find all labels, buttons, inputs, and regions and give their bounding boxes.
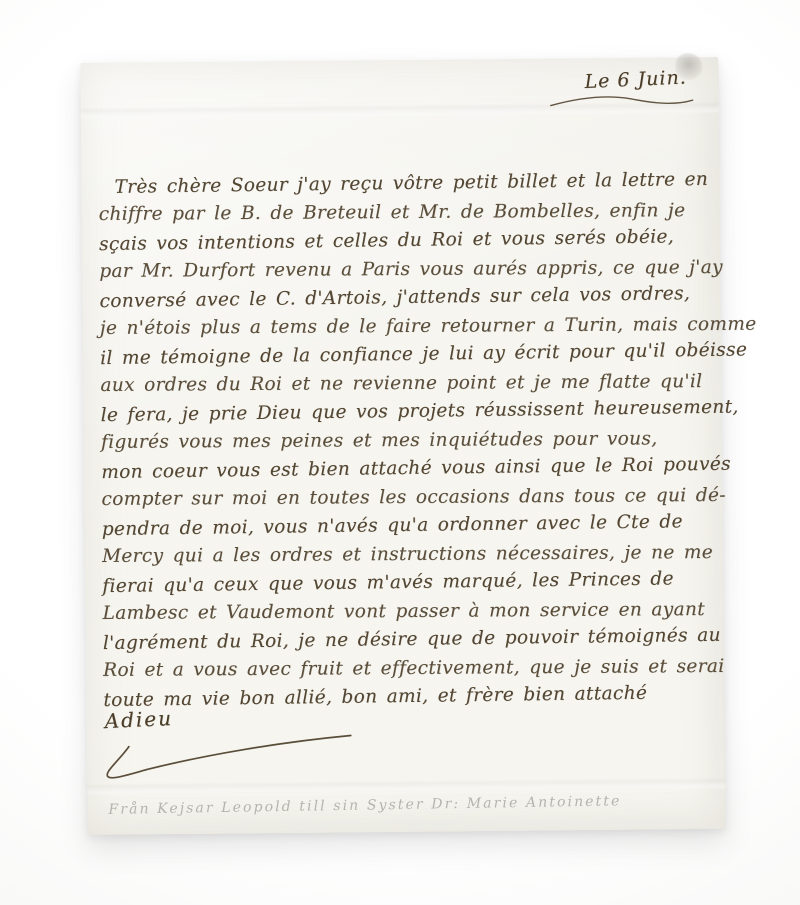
letter-sheet: Le 6 Juin. Très chère Soeur j'ay reçu vô… <box>80 57 725 835</box>
signature-flourish <box>95 728 360 783</box>
signature: Adieu <box>104 706 173 733</box>
date-heading: Le 6 Juin. <box>584 66 687 93</box>
archivist-pencil-note: Från Kejsar Leopold till sin Syster Dr: … <box>108 792 683 818</box>
letter-body: Très chère Soeur j'ay reçu vôtre petit b… <box>98 167 710 714</box>
date-underline-flourish <box>547 91 697 112</box>
photo-backdrop: Le 6 Juin. Très chère Soeur j'ay reçu vô… <box>0 0 800 905</box>
